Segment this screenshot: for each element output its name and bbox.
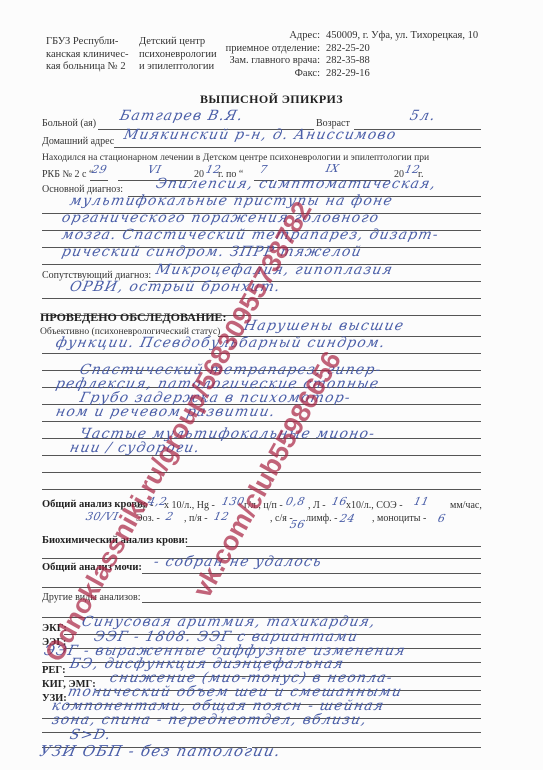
cbc-lymph-label: лимф. - <box>306 513 337 524</box>
examination-heading: ПРОВЕДЕНО ОБСЛЕДОВАНИЕ: <box>40 310 227 325</box>
cbc-hg-unit: г/л., ц/п - <box>244 500 283 511</box>
contact-row: Факс: 282-29-16 <box>130 68 478 81</box>
contact-value: 282-29-16 <box>326 68 370 81</box>
uzi-final-note: УЗИ ОБП - без патологии. <box>38 742 283 760</box>
cbc-label: Общий анализ крови: <box>42 499 147 510</box>
institution-line: канская клиничес- <box>46 49 129 62</box>
contact-row: Адрес: 450009, г. Уфа, ул. Тихорецкая, 1… <box>130 30 478 43</box>
biochem-label: Биохимический анализ крови: <box>42 535 188 546</box>
address-label: Домашний адрес <box>42 136 114 147</box>
contact-value: 450009, г. Уфа, ул. Тихорецкая, 10 <box>326 30 478 43</box>
objective-text: Нарушены высшие <box>242 318 406 334</box>
cbc-mono-value: 6 <box>437 512 447 525</box>
document-title: ВЫПИСНОЙ ЭПИКРИЗ <box>200 92 343 107</box>
cbc-mono-label: , моноциты - <box>372 513 426 524</box>
contact-value: 282-35-88 <box>326 55 370 68</box>
cbc-pya-value: 12 <box>213 510 231 523</box>
age-value: 5л. <box>408 108 437 124</box>
objective-line <box>42 353 481 354</box>
institution-line: ГБУЗ Республи- <box>46 36 129 49</box>
cbc-sya-value: 56 <box>289 518 307 531</box>
cbc-lymph-value: 24 <box>339 512 357 525</box>
main-diagnosis-text: органического поражения головного <box>60 210 381 226</box>
objective-line <box>42 489 481 490</box>
cbc-cp-value: 0,8 <box>285 495 307 508</box>
to-month-value: IX <box>325 162 341 175</box>
contacts-block: Адрес: 450009, г. Уфа, ул. Тихорецкая, 1… <box>130 30 478 80</box>
contact-label: Зам. главного врача: <box>130 55 320 68</box>
objective-line <box>42 472 481 473</box>
cbc-eo-value: 2 <box>165 510 175 523</box>
objective-line <box>42 421 481 422</box>
urine-value: - собран не удалось <box>152 554 323 570</box>
biochem-line <box>186 546 481 547</box>
secondary-diagnosis-text: Микроцефалия, гипоплазия <box>154 262 395 278</box>
contact-label: приемное отделение: <box>130 43 320 56</box>
objective-text: ном и речевом развитии. <box>54 404 277 420</box>
ekg-label: ЭКГ: <box>42 623 67 634</box>
institution-name: ГБУЗ Республи- канская клиничес- кая бол… <box>46 36 129 74</box>
uzi-line <box>252 747 481 748</box>
objective-text: нии / судороги. <box>68 440 201 456</box>
contact-label: Адрес: <box>130 30 320 43</box>
rkb-prefix: РКБ № 2 с “ <box>42 169 93 180</box>
cbc-pya-label: , п/я - <box>184 513 208 524</box>
from-day-value: 29 <box>91 163 109 176</box>
contact-row: приемное отделение: 282-25-20 <box>130 43 478 56</box>
main-diagnosis-text: мультифокальные приступы на фоне <box>68 193 394 209</box>
cbc-esr-value: 11 <box>413 495 431 508</box>
institution-line: кая больница № 2 <box>46 61 129 74</box>
contact-value: 282-25-20 <box>326 43 370 56</box>
cbc-l-label: , Л - <box>308 500 326 511</box>
secondary-diagnosis-text: ОРВИ, острый бронхит. <box>68 279 282 295</box>
other-tests-label: Другие виды анализов: <box>42 592 141 603</box>
uzi-value: S>D. <box>68 727 113 743</box>
main-diagnosis-text: мозга. Спастический тетрапарез, дизарт- <box>60 227 440 243</box>
contact-row: Зам. главного врача: 282-35-88 <box>130 55 478 68</box>
reg-label: РЕГ: <box>42 665 66 676</box>
cbc-hg-value: 130 <box>221 495 246 508</box>
from-day-line <box>90 180 108 181</box>
from-month-value: VI <box>147 163 163 176</box>
to-day-value: 7 <box>259 163 269 176</box>
discharge-summary-page: ГБУЗ Республи- канская клиничес- кая бол… <box>0 0 543 770</box>
secondary-diagnosis-line <box>42 298 481 299</box>
contact-label: Факс: <box>130 68 320 81</box>
cbc-esr-unit: мм/час, <box>450 500 482 511</box>
stay-statement: Находился на стационарном лечении в Детс… <box>42 152 429 163</box>
patient-name-label: Больной (ая) <box>42 118 96 129</box>
address-line <box>114 147 481 148</box>
uzi-value: зона, спина - переднеотдел, вблизи, <box>50 712 368 728</box>
objective-text: функции. Псевдобульбарный синдром. <box>54 335 387 351</box>
ekg-value: Синусовая аритмия, тахикардия, <box>80 614 377 630</box>
main-diagnosis-text: рический синдром. ЗПРР тяжелой <box>60 244 363 260</box>
urine-label: Общий анализ мочи: <box>42 562 142 573</box>
patient-name-value: Батгарев В.Я. <box>118 108 245 124</box>
main-diagnosis-text: Эпилепсия, симптоматическая, <box>154 176 438 192</box>
cbc-eo-label: Эоз. - <box>136 513 160 524</box>
urine-line <box>142 573 481 574</box>
cbc-date-note: 30/VI <box>85 510 120 523</box>
cbc-l-unit: х10/л., СОЭ - <box>346 500 403 511</box>
address-value: Миякинский р-н, д. Аниссимово <box>122 127 398 143</box>
other-tests-line <box>142 602 481 603</box>
urine-line <box>42 587 481 588</box>
